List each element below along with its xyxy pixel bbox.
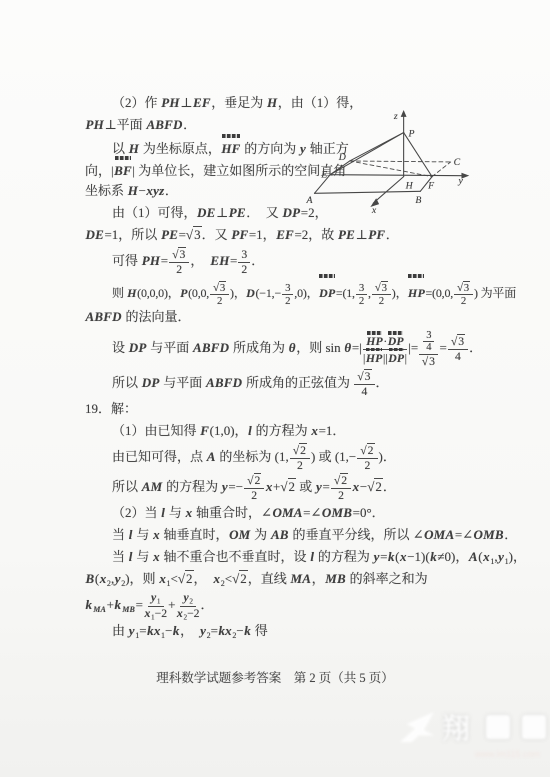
doc-line: 由已知可得，点 A 的坐标为 (1,√22) 或 (1,−√22)． (85, 442, 472, 472)
doc-line: 由 y1=kx1−k， y2=kx2−k 得 (85, 620, 472, 642)
doc-line: 所以 AM 的方程为 y=−√22x+√2 或 y=√22x−√2． (85, 472, 472, 502)
doc-line: 设 DP 与平面 ABFD 所成角为 θ，则 sin θ=|HP·DP|HP||… (85, 328, 472, 368)
watermark-glyph-block (522, 715, 546, 739)
z-axis-arrow (401, 110, 407, 117)
figure-label-C: C (454, 157, 461, 168)
figure-label-D: D (338, 152, 346, 163)
figure-label-B: B (415, 195, 421, 206)
figure-label-y: y (458, 176, 464, 187)
figure-label-P: P (408, 128, 415, 139)
doc-line: （2）当 l 与 x 轴重合时，∠OMA=∠OMB=0°． (85, 502, 472, 524)
doc-line: 所以 DP 与平面 ABFD 所成角的正弦值为 √34． (85, 368, 472, 398)
figure-label-z: z (393, 111, 398, 122)
doc-line: 19．解： (85, 398, 472, 420)
doc-line: 当 l 与 x 轴不重合也不垂直时，设 l 的方程为 y=k(x−1)(k≠0)… (85, 546, 472, 568)
doc-line: DE=1，所以 PE=√3．又 PF=1，EF=2，故 PE⊥PF． (85, 224, 472, 246)
geometry-figure: z P D C E A H F y B x (304, 100, 472, 222)
doc-line: 可得 PH=√32， EH=32． (85, 246, 472, 276)
pyramid-diagram: z P D C E A H F y B x (288, 100, 484, 218)
solution-text-block: z P D C E A H F y B x （2）作 PH⊥EF，垂足为 H，由… (85, 92, 472, 642)
watermark-glyph-block (486, 715, 510, 739)
figure-label-F: F (427, 180, 435, 191)
figure-label-A: A (306, 195, 314, 206)
figure-label-x: x (371, 205, 377, 216)
bird-logo-icon (400, 712, 434, 742)
figure-label-H: H (405, 180, 414, 191)
doc-line: （1）由已知得 F(1,0)，l 的方程为 x=1． (85, 420, 472, 442)
figure-label-E: E (320, 170, 327, 181)
doc-line: ABFD 的法向量． (85, 306, 472, 328)
doc-line: B(x2,y2)，则 x1<√2， x2<√2，直线 MA，MB 的斜率之和为 (85, 568, 472, 590)
doc-line: 当 l 与 x 轴垂直时，OM 为 AB 的垂直平分线，所以 ∠OMA=∠OMB… (85, 524, 472, 546)
page-footer: 理科数学试题参考答案 第 2 页（共 5 页） (0, 668, 550, 686)
watermark: 翔 www.lm115.com (376, 707, 546, 771)
watermark-url: www.lm115.com (376, 749, 546, 759)
doc-line: kMA+kMB=y1x1−2+y2x2−2． (85, 590, 472, 620)
scanned-answer-page: z P D C E A H F y B x （2）作 PH⊥EF，垂足为 H，由… (0, 0, 550, 777)
doc-line: 则 H(0,0,0)，P(0,0,√32)，D(−1,−32,0)，DP=(1,… (85, 276, 472, 306)
watermark-brand: 翔 (442, 707, 474, 747)
